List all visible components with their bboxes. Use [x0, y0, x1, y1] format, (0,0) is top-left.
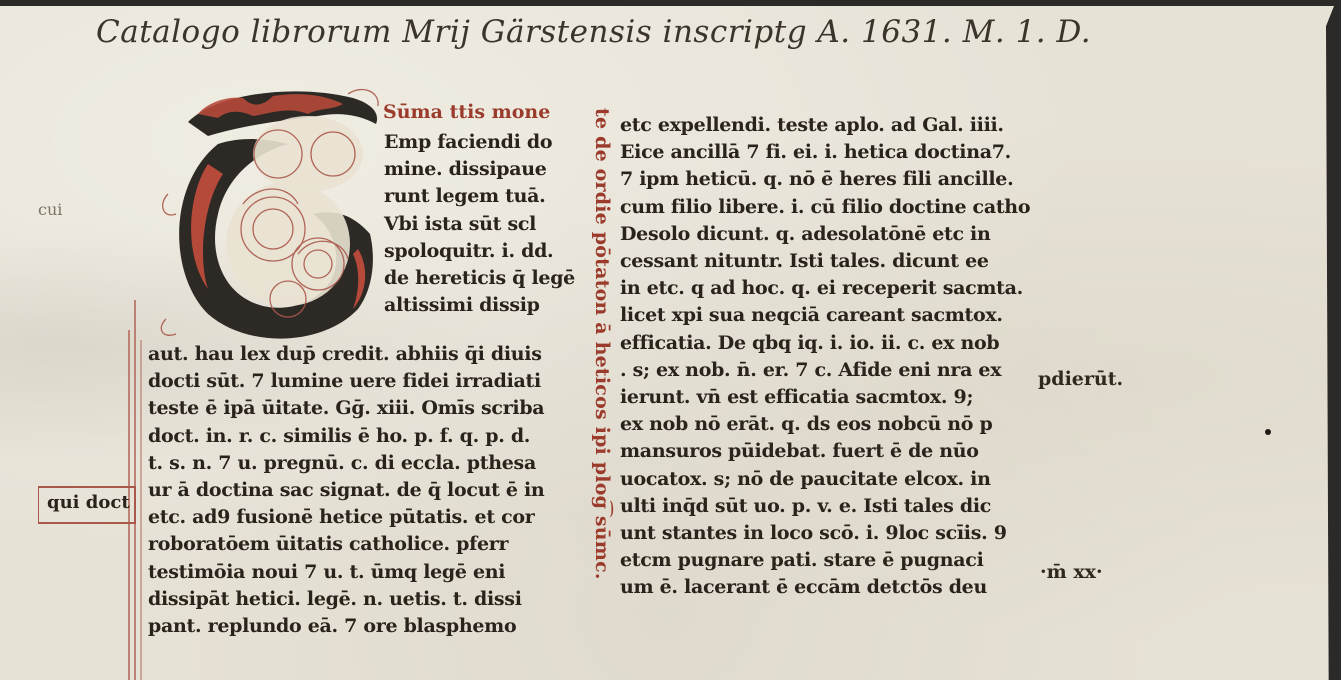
text-line: pant. replundo eā. 7 ore blasphemo [148, 613, 544, 640]
text-line: doct. in. r. c. similis ē ho. p. f. q. p… [148, 423, 544, 450]
ruling-line [140, 340, 142, 680]
text-line: ierunt. vn̄ est efficatia sacmtox. 9; [620, 384, 1030, 411]
text-line: ulti inq̄d sūt uo. p. v. e. Isti tales d… [620, 493, 1030, 520]
text-line: docti sūt. 7 lumine uere fidei irradiati [148, 368, 544, 395]
marginal-note-text: qui doct [47, 492, 130, 513]
boxed-marginal-note: qui doct [38, 486, 136, 524]
text-line: Eice ancillā 7 fi. ei. i. hetica doctina… [620, 139, 1030, 166]
rubric-heading: Sūma ttis mone [383, 101, 550, 123]
text-line: etcm pugnare pati. stare ē pugnaci [620, 547, 1030, 574]
catalog-inscription: Catalogo librorum Mrij Gärstensis inscri… [96, 14, 1091, 60]
right-marginal-numeral: ·m̄ xx· [1040, 561, 1103, 583]
text-line: efficatia. De qbq iq. i. io. ii. c. ex n… [620, 330, 1030, 357]
right-marginal-note: pdierūt. [1038, 368, 1123, 390]
right-column: etc expellendi. teste aplo. ad Gal. iiii… [620, 112, 1030, 602]
illuminated-initial-g [148, 84, 388, 344]
text-line: Emp faciendi do [384, 129, 575, 156]
text-line: de hereticis q̄ legē [384, 265, 575, 292]
text-line: etc. ad9 fusionē hetice pūtatis. et cor [148, 504, 544, 531]
text-line: Vbi ista sūt scl [384, 211, 575, 238]
ink-dot [1265, 429, 1271, 435]
text-line: mine. dissipaue [384, 156, 575, 183]
text-line: licet xpi sua neqciā careant sacmtox. [620, 302, 1030, 329]
text-line: unt stantes in loco scō. i. 9loc scīis. … [620, 520, 1030, 547]
text-line: 7 ipm heticū. q. nō ē heres fili ancille… [620, 166, 1030, 193]
text-line: etc expellendi. teste aplo. ad Gal. iiii… [620, 112, 1030, 139]
text-line: t. s. n. 7 u. pregnū. c. di eccla. pthes… [148, 450, 544, 477]
text-line: aut. hau lex dup̄ credit. abhiis q̄i diu… [148, 341, 544, 368]
text-line: ur ā doctina sac signat. de q̄ locut ē i… [148, 477, 544, 504]
left-column-beside-initial: Emp faciendi do mine. dissipaue runt leg… [384, 129, 575, 319]
faded-margin-mark: cui [38, 200, 62, 219]
text-line: altissimi dissip [384, 292, 575, 319]
text-line: dissipāt hetici. legē. n. uetis. t. diss… [148, 586, 544, 613]
text-line: testimōia noui 7 u. t. ūmq legē eni [148, 559, 544, 586]
text-line: uocatox. s; nō de paucitate elcox. in [620, 466, 1030, 493]
text-line: cum filio libere. i. cū filio doctine ca… [620, 194, 1030, 221]
text-line: in etc. q ad hoc. q. ei receperit sacmta… [620, 275, 1030, 302]
text-line: runt legem tuā. [384, 183, 575, 210]
left-column-full-width: aut. hau lex dup̄ credit. abhiis q̄i diu… [148, 341, 544, 640]
text-line: roboratōem ūitatis catholice. pferr [148, 531, 544, 558]
text-line: Desolo dicunt. q. adesolatōnē etc in [620, 221, 1030, 248]
text-line: mansuros pūidebat. fuert ē de nūo [620, 438, 1030, 465]
text-line: . s; ex nob. n̄. er. 7 c. Afide eni nra … [620, 357, 1030, 384]
text-line: cessant nituntr. Isti tales. dicunt ee [620, 248, 1030, 275]
text-line: spoloquitr. i. dd. [384, 238, 575, 265]
text-line: um ē. lacerant ē eccām detctōs deu [620, 574, 1030, 601]
text-line: teste ē ipā ūitate. Gḡ. xiii. Omīs scrib… [148, 395, 544, 422]
text-line: ex nob nō erāt. q. ds eos nobcū nō p [620, 411, 1030, 438]
rubric-vertical-running-title: te de ordie pōtaton ā heticos ipi plog͡ … [585, 108, 613, 678]
